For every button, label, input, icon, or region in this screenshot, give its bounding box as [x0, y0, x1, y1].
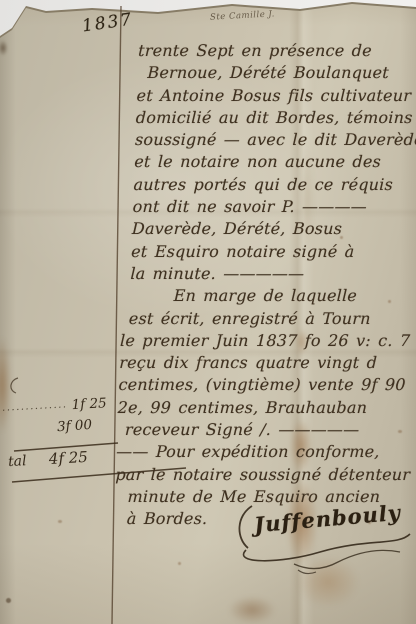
manuscript-line: 2e, 99 centimes, Brauhauban: [117, 397, 416, 419]
foxing-dot: [58, 520, 62, 523]
manuscript-line: domicilié au dit Bordes, témoins: [135, 107, 416, 129]
margin-account-row: 3f 00: [56, 417, 92, 435]
manuscript-line: est écrit, enregistré à Tourn: [128, 308, 416, 330]
manuscript-line: Bernoue, Dérété Boulanquet: [137, 62, 416, 84]
manuscript-text-column: trente Sept en présence de Bernoue, Déré…: [121, 40, 416, 531]
manuscript-line: —— Pour expédition conforme,: [116, 441, 416, 463]
total-value: 4f 25: [48, 448, 88, 468]
manuscript-line: Daverède, Dérété, Bosus: [132, 218, 416, 240]
manuscript-line: le premier Juin 1837 fo 26 v: c. 7: [120, 330, 416, 352]
dotted-leader: ..............: [2, 399, 68, 413]
manuscript-line: reçu dix francs quatre vingt d: [119, 352, 416, 374]
manuscript-line: En marge de laquelle: [129, 285, 416, 307]
manuscript-line: par le notaire soussigné détenteur: [115, 464, 416, 486]
fee-value: 1f 25: [71, 395, 107, 413]
manuscript-line: et Antoine Bosus fils cultivateur: [136, 85, 416, 107]
manuscript-photo: 1837 Ste Camille J. trente Sept en prése…: [0, 0, 416, 624]
manuscript-line: centimes, (vingtième) vente 9f 90: [118, 374, 416, 396]
signature-block: Juffenbouly: [236, 498, 416, 588]
foxing-dot: [6, 598, 11, 603]
manuscript-line: ont dit ne savoir P. ————: [132, 196, 416, 218]
manuscript-line: et Esquiro notaire signé à: [131, 241, 416, 263]
manuscript-line: autres portés qui de ce réquis: [133, 174, 416, 196]
manuscript-line: la minute. —————: [130, 263, 416, 285]
total-label-fragment: tal: [8, 453, 27, 470]
manuscript-line: et le notaire non aucune des: [134, 151, 416, 173]
stain: [228, 596, 276, 624]
manuscript-line: trente Sept en présence de: [138, 40, 416, 62]
foxing-dot: [178, 562, 181, 565]
manuscript-line: receveur Signé /. —————: [125, 419, 416, 441]
manuscript-line: soussigné — avec le dit Daverède: [135, 129, 416, 151]
fee-value: 3f 00: [56, 417, 92, 435]
